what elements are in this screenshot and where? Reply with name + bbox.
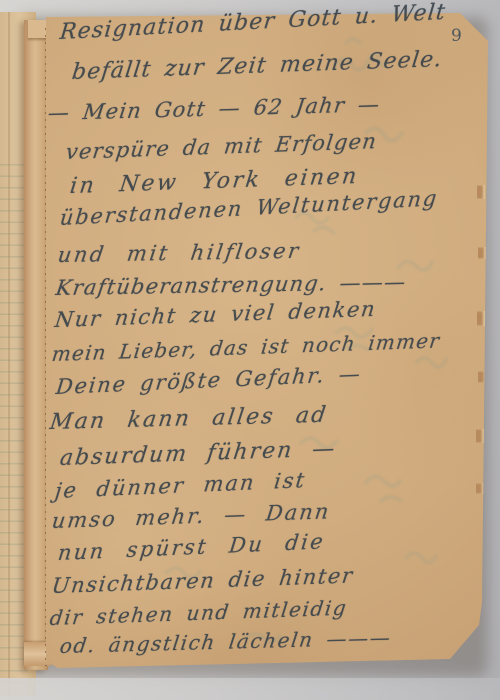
notebook-page — [46, 13, 488, 673]
page-edge-chip — [477, 311, 485, 326]
page-edge-chip — [478, 247, 486, 259]
page-edge-chip — [476, 429, 484, 443]
page-edge-chip — [476, 483, 484, 494]
page-number: 9 — [451, 26, 462, 46]
notebook-scan: 9 Resignation über Gott u. Welt befällt … — [0, 0, 500, 700]
page-edge-chip — [477, 185, 485, 199]
